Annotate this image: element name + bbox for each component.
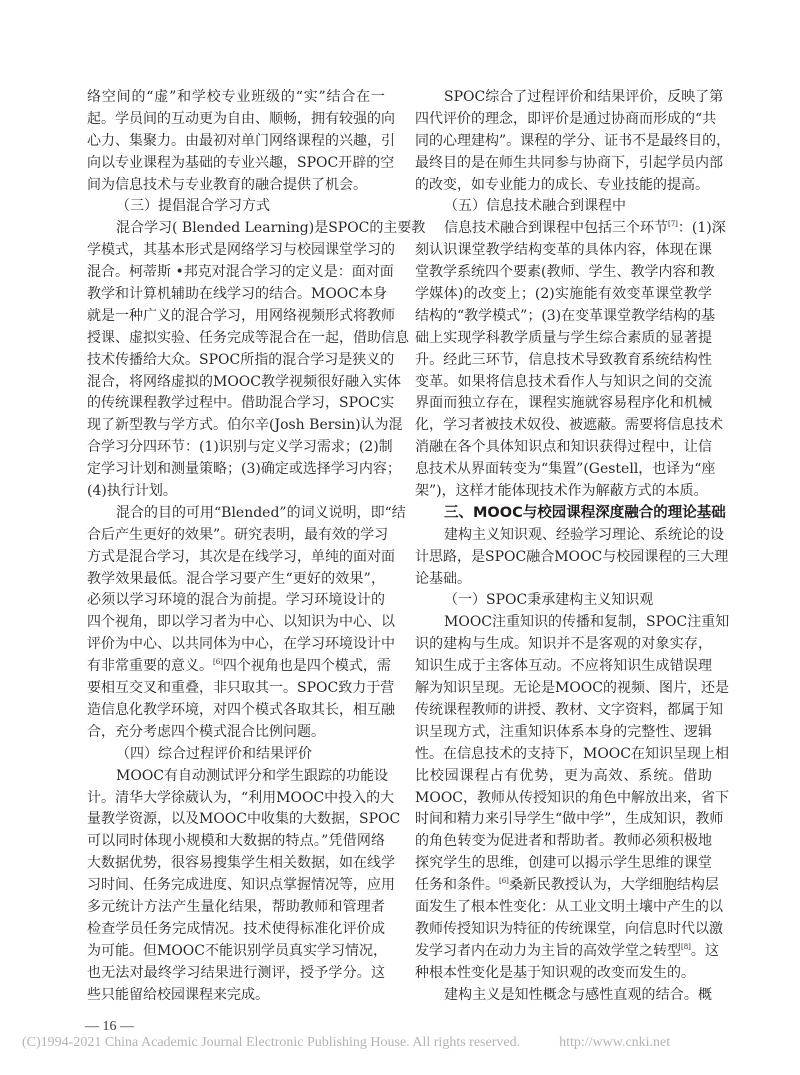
body-text-line: 探究学生的思维，创建可以揭示学生思维的课堂 — [415, 853, 712, 875]
body-text-line: 教师传授知识为特征的传统课堂，向信息时代以激 — [415, 919, 712, 941]
body-text-line: 评价为中心、以共同体为中心，在学习环境设计中 — [87, 634, 385, 656]
body-text-line: 识呈现方式，注重知识体系本身的完整性、逻辑 — [415, 722, 712, 744]
copyright-text: (C)1994-2021 China Academic Journal Elec… — [22, 1035, 520, 1050]
section-heading: 三、MOOC与校园课程深度融合的理论基础 — [415, 503, 712, 525]
body-text-line: 些只能留给校园课程来完成。 — [87, 985, 385, 1007]
body-text-line: 学媒体)的改变上；(2)实施能有效变革课堂教学 — [415, 284, 712, 306]
body-text-line: 心力、集聚力。由最初对单门网络课程的兴趣，引 — [87, 131, 385, 153]
body-text-line: 学模式，其基本形式是网络学习与校园课堂学习的 — [87, 240, 385, 262]
text-segment: 任务和条件。 — [415, 877, 499, 893]
body-text-line: SPOC综合了过程评价和结果评价，反映了第 — [415, 87, 712, 109]
text-segment: 桑新民教授认为，大学细胞结构层 — [509, 877, 719, 893]
body-text-line: 时间和精力来引导学生“做中学”，生成知识，教师 — [415, 809, 712, 831]
citation-reference: [7] — [668, 220, 678, 228]
right-text-column: SPOC综合了过程评价和结果评价，反映了第 四代评价的理念，即评价是通过协商而形… — [415, 87, 712, 1006]
body-text-line: 论基础。 — [415, 569, 712, 591]
body-text-line: 计思路，是SPOC融合MOOC与校园课程的三大理 — [415, 547, 712, 569]
body-text-line: 性。在信息技术的支持下，MOOC在知识呈现上相 — [415, 744, 712, 766]
text-segment: ：(1)深 — [678, 220, 726, 236]
body-text-line: 技术传播给大众。SPOC所指的混合学习是狭义的 — [87, 350, 385, 372]
subsection-heading: （三）提倡混合学习方式 — [87, 196, 385, 218]
body-text-line: MOOC，教师从传授知识的角色中解放出来，省下 — [415, 788, 712, 810]
body-text-line: 的传统课程教学过程中。借助混合学习，SPOC实 — [87, 393, 385, 415]
text-segment: 信息技术融合到课程中包括三个环节 — [444, 220, 668, 236]
page-number: — 16 — — [85, 1019, 134, 1035]
body-text-line: 面发生了根本性变化：从工业文明土壤中产生的以 — [415, 897, 712, 919]
body-text-line: 也无法对最终学习结果进行测评，授予学分。这 — [87, 963, 385, 985]
body-text-line: 授课、虚拟实验、任务完成等混合在一起，借助信息 — [87, 328, 385, 350]
copyright-notice: (C)1994-2021 China Academic Journal Elec… — [22, 1034, 670, 1052]
text-segment: 。这 — [691, 943, 719, 959]
body-text-line: 为可能。但MOOC不能识别学员真实学习情况， — [87, 941, 385, 963]
body-text-line: 刻认识课堂教学结构变革的具体内容，体现在课 — [415, 240, 712, 262]
body-text-line: 混合的目的可用“Blended”的词义说明，即“结 — [87, 503, 385, 525]
body-text-line: 量教学资源，以及MOOC中收集的大数据，SPOC — [87, 809, 385, 831]
body-text-line: 可以同时体现小规模和大数据的特点。”凭借网络 — [87, 831, 385, 853]
body-text-line: 要相互交叉和重叠，非只取其一。SPOC致力于营 — [87, 678, 385, 700]
body-text-line: 结构的“教学模式”；(3)在变革课堂教学结构的基 — [415, 306, 712, 328]
citation-reference: [6] — [213, 658, 223, 666]
body-text-line: 计。清华大学徐葳认为，“利用MOOC中投入的大 — [87, 788, 385, 810]
body-text-line: 界面而独立存在，课程实施就容易程序化和机械 — [415, 393, 712, 415]
body-text-line: 识的建构与生成。知识并不是客观的对象实存， — [415, 634, 712, 656]
body-text-line: 多元统计方法产生量化结果，帮助教师和管理者 — [87, 897, 385, 919]
body-text-line: 必须以学习环境的混合为前提。学习环境设计的 — [87, 590, 385, 612]
subsection-heading: （五）信息技术融合到课程中 — [415, 196, 712, 218]
body-text-line: 间为信息技术与专业教育的融合提供了机会。 — [87, 175, 385, 197]
left-text-column: 络空间的“虚”和学校专业班级的“实”结合在一 起。学员间的互动更为自由、顺畅，拥… — [87, 87, 385, 1006]
body-text-line: 方式是混合学习，其次是在线学习，单纯的面对面 — [87, 547, 385, 569]
text-segment: 发学习者内在动力为主旨的高效学堂之转型 — [415, 943, 681, 959]
body-text-line: 就是一种广义的混合学习，用网络视频形式将教师 — [87, 306, 385, 328]
body-text-line: 息技术从界面转变为“集置”(Gestell，也译为“座 — [415, 459, 712, 481]
body-text-line: 混合，将网络虚拟的MOOC教学视频很好融入实体 — [87, 372, 385, 394]
body-text-line: 建构主义是知性概念与感性直观的结合。概 — [415, 985, 712, 1007]
body-text-line: 解为知识呈现。无论是MOOC的视频、图片，还是 — [415, 678, 712, 700]
body-text-line: 混合。柯蒂斯 •邦克对混合学习的定义是：面对面 — [87, 262, 385, 284]
body-text-line: 的角色转变为促进者和帮助者。教师必须积极地 — [415, 831, 712, 853]
body-text-line: 现了新型教与学方式。伯尔辛(Josh Bersin)认为混 — [87, 415, 385, 437]
citation-reference: [8] — [681, 943, 691, 951]
subsection-heading: （一）SPOC秉承建构主义知识观 — [415, 590, 712, 612]
body-text-line: 信息技术融合到课程中包括三个环节[7]：(1)深 — [415, 218, 712, 240]
body-text-line: 混合学习( Blended Learning)是SPOC的主要教 — [87, 218, 385, 240]
body-text-line: 合后产生更好的效果”。研究表明，最有效的学习 — [87, 525, 385, 547]
body-text-line: 大数据优势，很容易搜集学生相关数据，如在线学 — [87, 853, 385, 875]
body-text-line: 合，充分考虑四个模式混合比例问题。 — [87, 722, 385, 744]
body-text-line: 有非常重要的意义。[6]四个视角也是四个模式，需 — [87, 656, 385, 678]
body-text-line: 向以专业课程为基础的专业兴趣，SPOC开辟的空 — [87, 153, 385, 175]
body-text-line: 变革。如果将信息技术看作人与知识之间的交流 — [415, 372, 712, 394]
body-text-line: 的改变，如专业能力的成长、专业技能的提高。 — [415, 175, 712, 197]
body-text-line: 教学和计算机辅助在线学习的结合。MOOC本身 — [87, 284, 385, 306]
body-text-line: 起。学员间的互动更为自由、顺畅，拥有较强的向 — [87, 109, 385, 131]
body-text-line: MOOC注重知识的传播和复制，SPOC注重知 — [415, 612, 712, 634]
citation-reference: [6] — [499, 877, 509, 885]
body-text-line: 造信息化教学环境，对四个模式各取其长，相互融 — [87, 700, 385, 722]
body-text-line: 络空间的“虚”和学校专业班级的“实”结合在一 — [87, 87, 385, 109]
body-text-line: 建构主义知识观、经验学习理论、系统论的设 — [415, 525, 712, 547]
body-text-line: 础上实现学科教学质量与学生综合素质的显著提 — [415, 328, 712, 350]
body-text-line: 架”)，这样才能体现技术作为解蔽方式的本质。 — [415, 481, 712, 503]
body-text-line: 检查学员任务完成情况。技术使得标准化评价成 — [87, 919, 385, 941]
body-text-line: 四代评价的理念，即评价是通过协商而形成的“共 — [415, 109, 712, 131]
body-text-line: 升。经此三环节，信息技术导致教育系统结构性 — [415, 350, 712, 372]
body-text-line: 合学习分四环节：(1)识别与定义学习需求；(2)制 — [87, 437, 385, 459]
body-text-line: 比校园课程占有优势，更为高效、系统。借助 — [415, 766, 712, 788]
body-text-line: 同的心理建构”。课程的学分、证书不是最终目的， — [415, 131, 712, 153]
body-text-line: 消融在各个具体知识点和知识获得过程中，让信 — [415, 437, 712, 459]
body-text-line: (4)执行计划。 — [87, 481, 385, 503]
body-text-line: 定学习计划和测量策略；(3)确定或选择学习内容； — [87, 459, 385, 481]
body-text-line: 四个视角，即以学习者为中心、以知识为中心、以 — [87, 612, 385, 634]
body-text-line: 化，学习者被技术奴役、被遮蔽。需要将信息技术 — [415, 415, 712, 437]
body-text-line: 知识生成于主客体互动。不应将知识生成错误理 — [415, 656, 712, 678]
subsection-heading: （四）综合过程评价和结果评价 — [87, 744, 385, 766]
body-text-line: 教学效果最低。混合学习要产生“更好的效果”， — [87, 569, 385, 591]
cnki-url: http://www.cnki.net — [559, 1035, 670, 1050]
body-text-line: 传统课程教师的讲授、教材、文字资料，都属于知 — [415, 700, 712, 722]
body-text-line: 发学习者内在动力为主旨的高效学堂之转型[8]。这 — [415, 941, 712, 963]
body-text-line: 习时间、任务完成进度、知识点掌握情况等，应用 — [87, 875, 385, 897]
body-text-line: MOOC有自动测试评分和学生跟踪的功能设 — [87, 766, 385, 788]
body-text-line: 种根本性变化是基于知识观的改变而发生的。 — [415, 963, 712, 985]
body-text-line: 最终目的是在师生共同参与协商下，引起学员内部 — [415, 153, 712, 175]
text-segment: 四个视角也是四个模式，需 — [223, 658, 391, 674]
body-text-line: 堂教学系统四个要素(教师、学生、教学内容和教 — [415, 262, 712, 284]
text-segment: 有非常重要的意义。 — [87, 658, 213, 674]
body-text-line: 任务和条件。[6]桑新民教授认为，大学细胞结构层 — [415, 875, 712, 897]
